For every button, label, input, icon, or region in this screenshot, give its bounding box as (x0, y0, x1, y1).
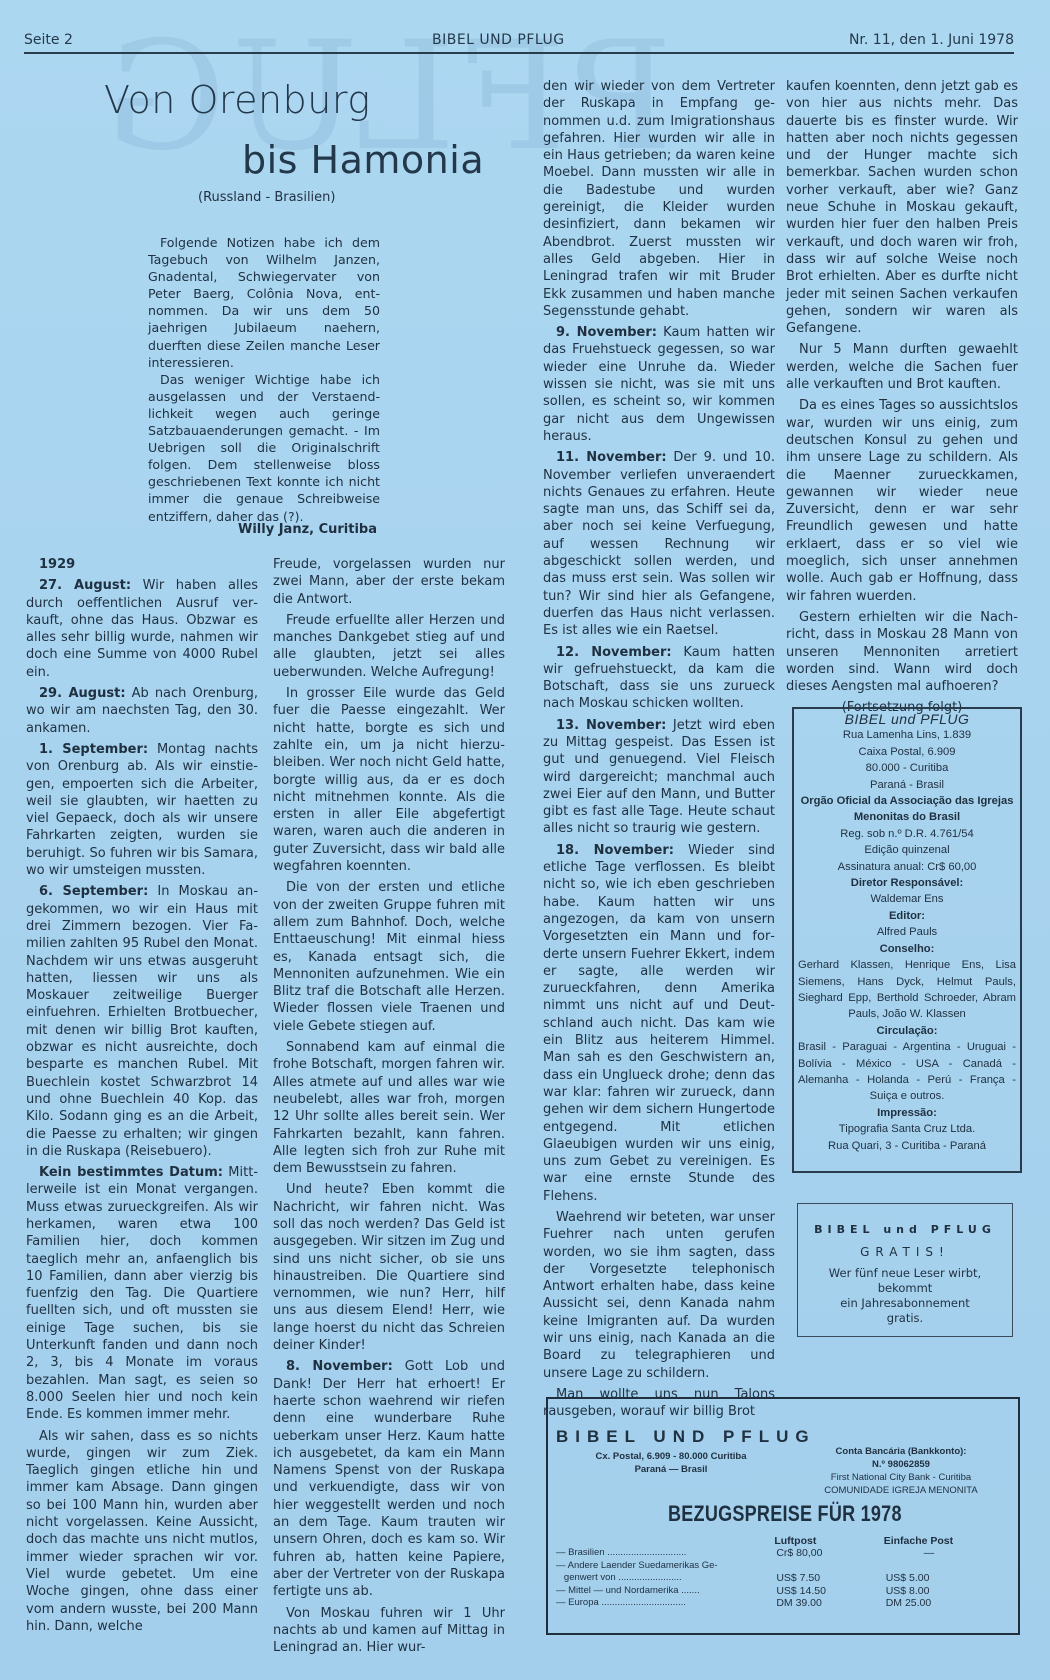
impressum-registration: Reg. sob n.º D.R. 4.761/54 (794, 826, 1020, 842)
diary-paragraph: 1. September: Montag nachts von Orenburg… (26, 741, 258, 879)
subscription-prices-box: BIBEL UND PFLUG Cx. Postal, 6.909 - 80.0… (546, 1397, 1020, 1635)
director-label: Diretor Responsável: (794, 875, 1020, 891)
diary-date: 18. November: (556, 843, 674, 858)
council-members: Gerhard Klassen, Henrique Ens, Lisa Siem… (794, 957, 1020, 1023)
circulation-countries: Brasil - Paraguai - Argentina - Uruguai … (794, 1039, 1020, 1105)
diary-paragraph: In grosser Eile wurde das Geld fuer die … (273, 685, 505, 875)
bank-label: Conta Bancária (Bankkonto): (796, 1445, 1006, 1458)
price-table: Luftpost Einfache Post — Brasilien .....… (554, 1535, 1018, 1610)
printer-address: Rua Quari, 3 - Curitiba - Paraná (794, 1138, 1020, 1154)
print-label: Impressão: (794, 1105, 1020, 1121)
circulation-label: Circulação: (794, 1023, 1020, 1039)
diary-paragraph: Waehrend wir beteten, war unser Fuehrer … (543, 1209, 775, 1382)
council-label: Conselho: (794, 941, 1020, 957)
impressum-edition: Edição quinzenal (794, 842, 1020, 858)
diary-date: Kein bestimmtes Datum: (39, 1165, 223, 1180)
diary-paragraph: Freude erfuellte aller Herzen und manche… (273, 612, 505, 681)
year-heading: 1929 (26, 556, 258, 573)
impressum-address-1: Rua Lamenha Lins, 1.839 (794, 727, 1020, 743)
newspaper-page: PFLUG Seite 2 BIBEL UND PFLUG Nr. 11, de… (0, 0, 1050, 1680)
price-row: — Mittel — und Nordamerika ....... US$ 1… (554, 1585, 1018, 1598)
diary-paragraph: Die von der ersten und etliche von der z… (273, 879, 505, 1035)
subscription-brand: BIBEL UND PFLUG (556, 1427, 816, 1447)
gratis-line: Wer fünf neue Leser wirbt, (798, 1266, 1012, 1281)
price-row: genwert von ........................ US$… (554, 1572, 1018, 1585)
column-2: Freude, vorgelassen wurden nur zwei Mann… (273, 556, 505, 1660)
issue-date: Nr. 11, den 1. Juni 1978 (849, 32, 1014, 48)
address-line: Cx. Postal, 6.909 - 80.000 Curitiba (566, 1450, 776, 1463)
diary-paragraph: 11. November: Der 9. und 10. November ve… (543, 449, 775, 639)
diary-paragraph: 18. November: Wieder sind etliche Tage v… (543, 842, 775, 1205)
diary-paragraph: 6. September: In Moskau an­gekommen, wo … (26, 883, 258, 1160)
impressum-subscription: Assinatura anual: Cr$ 60,00 (794, 859, 1020, 875)
diary-date: 12. November: (556, 645, 672, 660)
page-header: Seite 2 BIBEL UND PFLUG Nr. 11, den 1. J… (24, 28, 1014, 54)
gratis-line: gratis. (798, 1311, 1012, 1326)
editor-name: Alfred Pauls (794, 924, 1020, 940)
diary-date: 8. November: (286, 1359, 393, 1374)
address-line: Paraná — Brasil (566, 1463, 776, 1476)
bank-name: First National City Bank - Curitiba (796, 1471, 1006, 1484)
diary-paragraph: 9. November: Kaum hatten wir das Fruehst… (543, 324, 775, 445)
printer-name: Tipografia Santa Cruz Ltda. (794, 1121, 1020, 1137)
diary-paragraph: Da es eines Tages so aussichts­los war, … (786, 397, 1018, 605)
column-1: 1929 27. August: Wir haben alles durch o… (26, 556, 258, 1639)
diary-date: 29. August: (39, 686, 126, 701)
bank-number: N.º 98062859 (796, 1458, 1006, 1471)
diary-date: 6. September: (39, 884, 148, 899)
diary-paragraph: Freude, vorgelassen wurden nur zwei Mann… (273, 556, 505, 608)
diary-paragraph: 29. August: Ab nach Orenburg, wo wir am … (26, 685, 258, 737)
gratis-title: BIBEL und PFLUG (798, 1222, 1012, 1237)
diary-paragraph: Sonnabend kam auf einmal die frohe Botsc… (273, 1039, 505, 1177)
gratis-headline: GRATIS! (798, 1245, 1012, 1260)
impressum-box: BIBEL und PFLUG Rua Lamenha Lins, 1.839 … (792, 707, 1022, 1173)
impressum-organ: Orgão Oficial da Associação das Igrejas … (794, 793, 1020, 826)
column-header-airmail: Luftpost (774, 1535, 883, 1547)
gratis-line: bekommt (798, 1281, 1012, 1296)
diary-paragraph: Nur 5 Mann durften gewaehlt werden, welc… (786, 341, 1018, 393)
column-header-surface: Einfache Post (884, 1535, 1018, 1547)
prices-headline: BEZUGSPREISE FÜR 1978 (668, 1501, 902, 1527)
column-3: den wir wieder von dem Vertre­ter der Ru… (543, 78, 775, 1425)
diary-paragraph: 27. August: Wir haben alles durch oeffen… (26, 577, 258, 681)
diary-paragraph: den wir wieder von dem Vertre­ter der Ru… (543, 78, 775, 320)
diary-date: 13. November: (556, 718, 666, 733)
column-4: kaufen koennten, denn jetzt gab es von h… (786, 78, 1018, 721)
price-row: — Brasilien ............................… (554, 1547, 1018, 1560)
publication-name: BIBEL UND PFLUG (432, 32, 565, 48)
intro-paragraph: Das weniger Wichtige habe ich ausgelasse… (148, 371, 380, 525)
account-holder: COMUNIDADE IGREJA MENONITA (796, 1484, 1006, 1497)
diary-paragraph: Als wir sahen, dass es so nichts wurde, … (26, 1428, 258, 1636)
article-subtitle: (Russland - Brasilien) (198, 190, 335, 205)
article-intro: Folgende Notizen habe ich dem Tagebuch v… (148, 234, 380, 525)
editor-label: Editor: (794, 908, 1020, 924)
page-number: Seite 2 (24, 32, 73, 48)
director-name: Waldemar Ens (794, 891, 1020, 907)
diary-paragraph: 8. November: Gott Lob und Dank! Der Herr… (273, 1358, 505, 1600)
diary-paragraph: Gestern erhielten wir die Nach­richt, da… (786, 609, 1018, 695)
impressum-address-2: Caixa Postal, 6.909 (794, 744, 1020, 760)
diary-date: 11. November: (556, 450, 667, 465)
gratis-line: ein Jahresabonnement (798, 1296, 1012, 1311)
subscription-address: Cx. Postal, 6.909 - 80.000 Curitiba Para… (566, 1450, 776, 1476)
article-title-line2: bis Hamonia (242, 138, 484, 182)
impressum-address-4: Paraná - Brasil (794, 777, 1020, 793)
diary-paragraph: Von Moskau fuhren wir 1 Uhr nachts ab un… (273, 1605, 505, 1657)
diary-date: 27. August: (39, 578, 131, 593)
diary-date: 9. November: (556, 325, 657, 340)
diary-paragraph: Kein bestimmtes Datum: Mitt­lerweile ist… (26, 1164, 258, 1423)
article-title-line1: Von Orenburg (104, 78, 371, 122)
gratis-promo-box: BIBEL und PFLUG GRATIS! Wer fünf neue Le… (797, 1203, 1013, 1337)
diary-paragraph: kaufen koennten, denn jetzt gab es von h… (786, 78, 1018, 337)
price-row: — Europa ...............................… (554, 1597, 1018, 1610)
diary-paragraph: 13. November: Jetzt wird eben zu Mittag … (543, 717, 775, 838)
price-row: — Andere Laender Suedamerikas Ge- (554, 1560, 1018, 1573)
author-signature: Willy Janz, Curitiba (238, 522, 377, 537)
impressum-title: BIBEL und PFLUG (794, 711, 1020, 727)
diary-paragraph: Und heute? Eben kommt die Nachricht, wir… (273, 1181, 505, 1354)
bank-account-info: Conta Bancária (Bankkonto): N.º 98062859… (796, 1445, 1006, 1497)
impressum-address-3: 80.000 - Curitiba (794, 760, 1020, 776)
diary-paragraph: 12. November: Kaum hatten wir gefruehstu… (543, 644, 775, 713)
intro-paragraph: Folgende Notizen habe ich dem Tagebuch v… (148, 234, 380, 371)
diary-date: 1. September: (39, 742, 148, 757)
